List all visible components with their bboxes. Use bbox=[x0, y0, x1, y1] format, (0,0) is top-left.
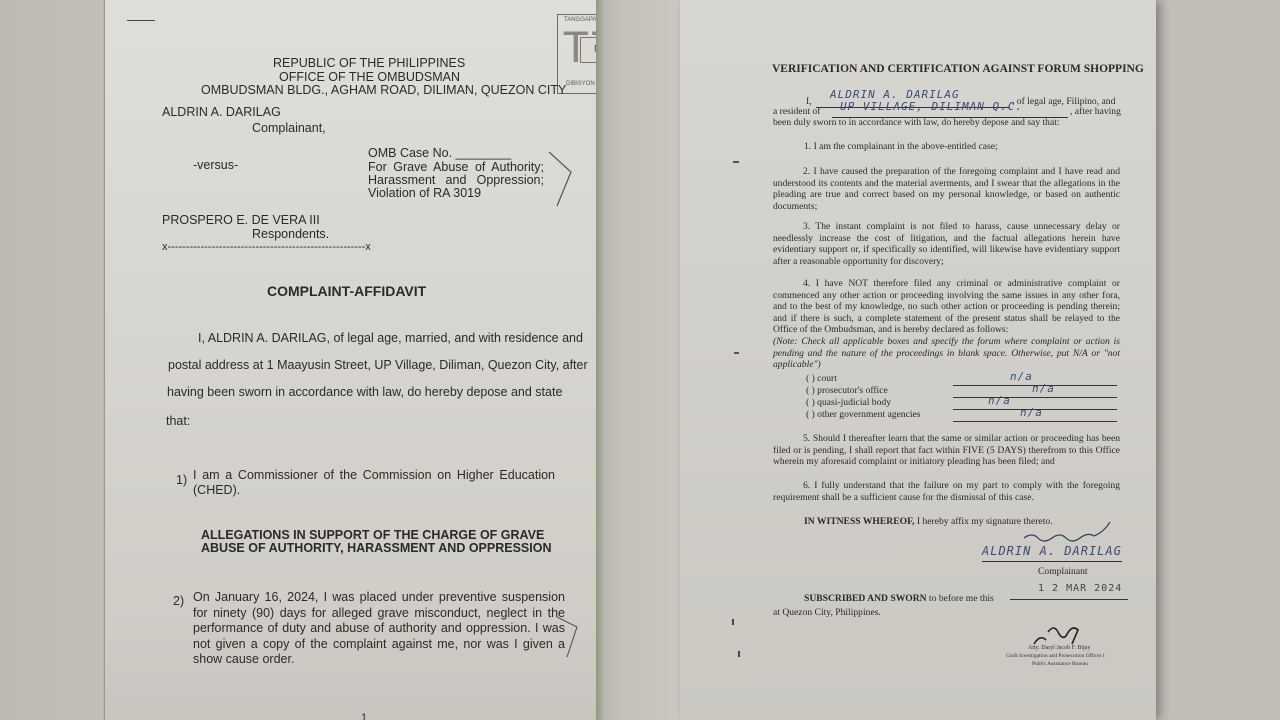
complaint-affidavit-page: TANGGAPAN NG ... TI AP MAR 12 2024 DIBIS… bbox=[104, 0, 596, 720]
subscribed-rest: to before me this bbox=[927, 593, 994, 604]
handwritten-signatory-name: ALDRIN A. DARILAG bbox=[982, 544, 1122, 558]
forum-other-agencies: ( ) other government agencies bbox=[806, 409, 921, 421]
verification-page: VERIFICATION AND CERTIFICATION AGAINST F… bbox=[680, 0, 1156, 720]
para2-text: On January 16, 2024, I was placed under … bbox=[193, 590, 565, 668]
subscribed-place: at Quezon City, Philippines. bbox=[773, 607, 881, 619]
forum-other-agencies-value: n/a bbox=[1020, 406, 1043, 419]
intro-line-4: that: bbox=[166, 414, 190, 428]
verification-title: VERIFICATION AND CERTIFICATION AGAINST F… bbox=[772, 63, 1144, 75]
item-6: 6. I fully understand that the failure o… bbox=[773, 480, 1120, 503]
signatory-role: Complainant bbox=[1038, 566, 1088, 578]
document-title: COMPLAINT-AFFIDAVIT bbox=[267, 283, 426, 299]
forum-blank-4 bbox=[953, 421, 1117, 422]
forum-quasi-judicial-value: n/a bbox=[988, 394, 1011, 407]
respondent-name: PROSPERO E. DE VERA III bbox=[162, 213, 320, 227]
charge-3: Violation of RA 3019 bbox=[368, 186, 481, 200]
item-2: 2. I have caused the preparation of the … bbox=[773, 166, 1120, 212]
header-office: OFFICE OF THE OMBUDSMAN bbox=[279, 70, 460, 84]
signature-line bbox=[982, 561, 1122, 562]
margin-mark bbox=[734, 352, 739, 354]
intro-line-3: having been sworn in accordance with law… bbox=[167, 385, 549, 399]
date-blank bbox=[1010, 599, 1128, 600]
item-3: 3. The instant complaint is not filed to… bbox=[773, 221, 1120, 267]
note-text: (Note: Check all applicable boxes and sp… bbox=[773, 336, 1120, 371]
notary-date-stamp: 1 2 MAR 2024 bbox=[1038, 583, 1122, 594]
handwritten-residence: UP VILLAGE, DILIMAN Q.C. bbox=[840, 100, 1023, 113]
versus-label: -versus- bbox=[193, 158, 238, 172]
complainant-role: Complainant, bbox=[252, 121, 326, 135]
page-number: 1 bbox=[361, 712, 367, 720]
item-5: 5. Should I thereafter learn that the sa… bbox=[773, 433, 1120, 468]
item-4: 4. I have NOT therefore filed any crimin… bbox=[773, 278, 1120, 336]
pen-mark bbox=[127, 20, 155, 21]
charge-1: For Grave Abuse of Authority; bbox=[368, 160, 544, 174]
header-address: OMBUDSMAN BLDG., AGHAM ROAD, DILIMAN, QU… bbox=[201, 83, 566, 97]
allegations-heading-line2: ABUSE OF AUTHORITY, HARASSMENT AND OPPRE… bbox=[201, 541, 511, 555]
intro-line-1: I, ALDRIN A. DARILAG, of legal age, marr… bbox=[198, 331, 583, 345]
margin-mark bbox=[738, 651, 740, 657]
case-number: OMB Case No. ________ bbox=[368, 146, 511, 160]
allegations-heading-line1: ALLEGATIONS IN SUPPORT OF THE CHARGE OF … bbox=[201, 528, 511, 542]
intro-line-2: postal address at 1 Maayusin Street, UP … bbox=[168, 358, 588, 372]
item-1: 1. I am the complainant in the above-ent… bbox=[804, 141, 998, 153]
forum-blank-2 bbox=[953, 397, 1117, 398]
officer-office: Public Assistance Bureau bbox=[1032, 661, 1088, 667]
margin-bracket-mark-2 bbox=[555, 615, 585, 660]
caption-separator: x---------------------------------------… bbox=[162, 241, 371, 253]
para2-number: 2) bbox=[173, 594, 184, 608]
forum-prosecutor-value: n/a bbox=[1032, 382, 1055, 395]
witness-bold: IN WITNESS WHEREOF, bbox=[804, 516, 914, 527]
header-republic: REPUBLIC OF THE PHILIPPINES bbox=[273, 56, 465, 70]
margin-mark bbox=[732, 619, 734, 625]
forum-court-value: n/a bbox=[1010, 370, 1033, 383]
subscribed-bold: SUBSCRIBED AND SWORN bbox=[804, 593, 927, 604]
officer-title: Graft Investigation and Prosecution Offi… bbox=[1006, 653, 1105, 659]
para1-number: 1) bbox=[176, 473, 187, 487]
intro-line-3: been duly sworn to in accordance with la… bbox=[773, 117, 1060, 129]
para1-text: I am a Commissioner of the Commission on… bbox=[193, 468, 555, 498]
forum-prosecutor: ( ) prosecutor's office bbox=[806, 385, 888, 397]
margin-bracket-mark bbox=[545, 150, 575, 208]
complainant-name: ALDRIN A. DARILAG bbox=[162, 105, 281, 119]
intro-after-residence: , after having bbox=[1070, 106, 1121, 118]
margin-mark bbox=[733, 161, 739, 163]
background-gap bbox=[596, 0, 680, 720]
charge-2: Harassment and Oppression; bbox=[368, 173, 544, 187]
forum-court: ( ) court bbox=[806, 373, 837, 385]
respondent-role: Respondents. bbox=[252, 227, 329, 241]
officer-name: Atty. Daryl Jacob F. Bijay bbox=[1028, 645, 1090, 651]
resident-prefix: a resident of bbox=[773, 106, 820, 118]
forum-quasi-judicial: ( ) quasi-judicial body bbox=[806, 397, 891, 409]
